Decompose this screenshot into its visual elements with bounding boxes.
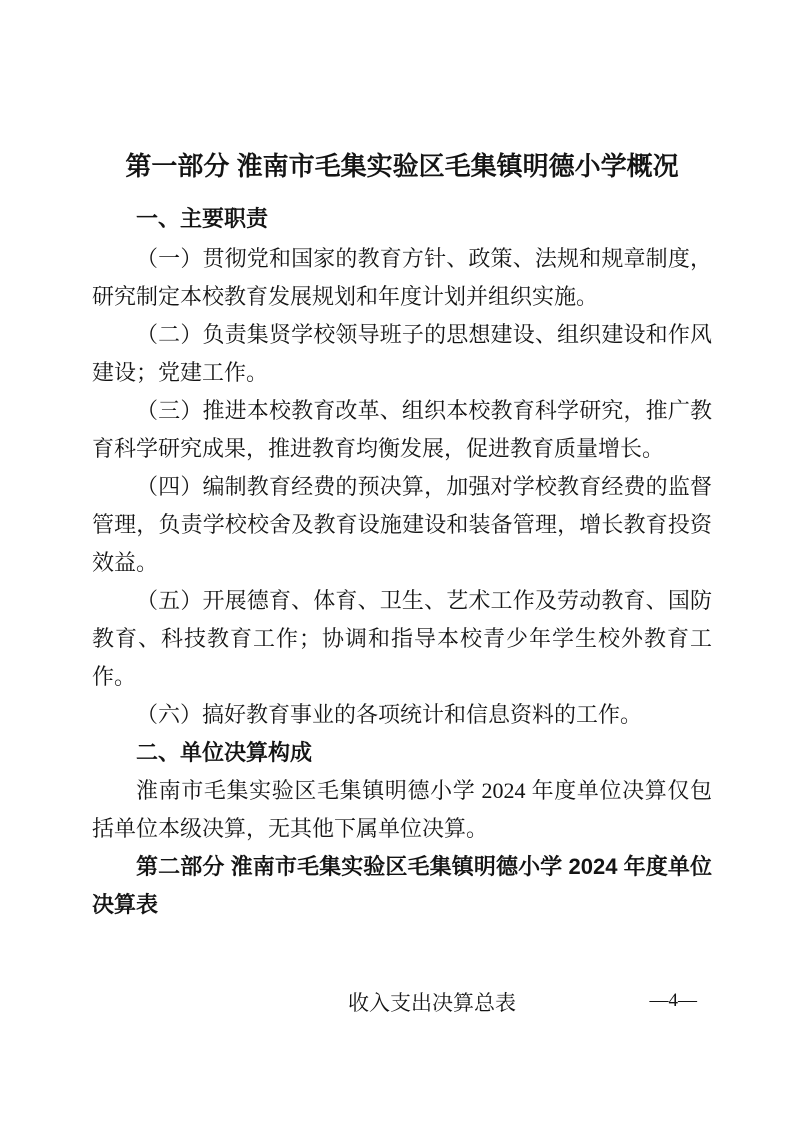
duty-item-2: （二）负责集贤学校领导班子的思想建设、组织建设和作风建设；党建工作。 xyxy=(92,316,712,392)
duty-item-1: （一）贯彻党和国家的教育方针、政策、法规和规章制度，研究制定本校教育发展规划和年… xyxy=(92,240,712,316)
part1-title: 第一部分 淮南市毛集实验区毛集镇明德小学概况 xyxy=(92,146,712,186)
duty-item-3: （三）推进本校教育改革、组织本校教育科学研究，推广教育科学研究成果，推进教育均衡… xyxy=(92,392,712,468)
document-content: 第一部分 淮南市毛集实验区毛集镇明德小学概况 一、主要职责 （一）贯彻党和国家的… xyxy=(92,146,712,1018)
section2-body: 淮南市毛集实验区毛集镇明德小学 2024 年度单位决算仅包括单位本级决算，无其他… xyxy=(92,772,712,848)
duty-item-6: （六）搞好教育事业的各项统计和信息资料的工作。 xyxy=(92,696,712,734)
part2-title: 第二部分 淮南市毛集实验区毛集镇明德小学 2024 年度单位决算表 xyxy=(92,848,712,924)
section2-heading: 二、单位决算构成 xyxy=(92,734,712,772)
duty-item-5: （五）开展德育、体育、卫生、艺术工作及劳动教育、国防教育、科技教育工作；协调和指… xyxy=(92,582,712,696)
document-page: 第一部分 淮南市毛集实验区毛集镇明德小学概况 一、主要职责 （一）贯彻党和国家的… xyxy=(0,0,793,1122)
page-number: —4— xyxy=(650,990,698,1012)
duty-item-4: （四）编制教育经费的预决算，加强对学校教育经费的监督管理，负责学校校舍及教育设施… xyxy=(92,468,712,582)
section1-heading: 一、主要职责 xyxy=(92,198,712,240)
